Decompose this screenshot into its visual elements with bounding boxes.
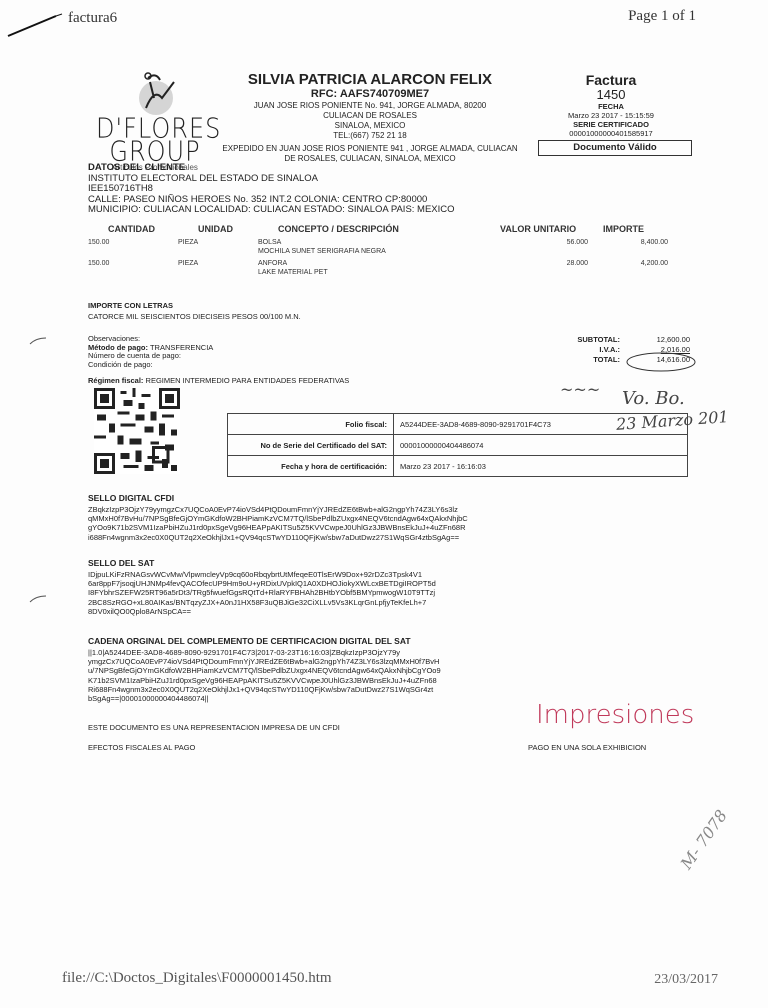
sello-sat-line: 8DV0xilQO0Qplo8ArNSpCA== bbox=[88, 607, 648, 616]
cell-concepto: BOLSA bbox=[258, 238, 281, 247]
serie-sat-label: No de Serie del Certificado del SAT: bbox=[228, 435, 394, 456]
regimen-fiscal: Régimen fiscal: REGIMEN INTERMEDIO PARA … bbox=[88, 376, 349, 385]
serie-label: SERIE CERTIFICADO bbox=[536, 120, 686, 129]
representacion-note: ESTE DOCUMENTO ES UNA REPRESENTACION IMP… bbox=[88, 723, 340, 732]
fecha-value: Marzo 23 2017 - 15:15:59 bbox=[536, 111, 686, 120]
cell-cantidad: 150.00 bbox=[88, 238, 109, 247]
issuer-address-3: SINALOA, MEXICO bbox=[210, 121, 530, 131]
cell-importe: 4,200.00 bbox=[608, 259, 668, 268]
observaciones-block: Observaciones: Método de pago: TRANSFERE… bbox=[88, 335, 213, 369]
issuer-name: SILVIA PATRICIA ALARCON FELIX bbox=[210, 72, 530, 88]
regimen-value: REGIMEN INTERMEDIO PARA ENTIDADES FEDERA… bbox=[146, 376, 350, 385]
efectos-note: EFECTOS FISCALES AL PAGO bbox=[88, 743, 195, 752]
expedido-en: EXPEDIDO EN JUAN JOSE RIOS PONIENTE 941 … bbox=[210, 144, 530, 164]
client-rfc: IEE150716TH8 bbox=[88, 184, 455, 195]
cadena-line: K71b2SVM1IzaPbiHZuJ1rd0pxSgeVg96HEAPpAKI… bbox=[88, 676, 648, 685]
cadena-line: Ri688Fn4wgnm3x2ec0X0QUT2q2XeOkhjlJx1+QV9… bbox=[88, 685, 648, 694]
col-cantidad: CANTIDAD bbox=[108, 224, 155, 234]
cadena-original-section: CADENA ORGINAL DEL COMPLEMENTO DE CERTIF… bbox=[88, 634, 648, 703]
margin-annotation: M- 7078 bbox=[677, 806, 731, 872]
col-concepto: CONCEPTO / DESCRIPCIÓN bbox=[278, 224, 399, 234]
importe-letras-value: CATORCE MIL SEISCIENTOS DIECISEIS PESOS … bbox=[88, 311, 301, 322]
sello-sat-line: 2BC8SzRGO+xL80AIKas/BNTqzyZJX+A0nJ1HX58F… bbox=[88, 598, 648, 607]
importe-letras: IMPORTE CON LETRAS CATORCE MIL SEISCIENT… bbox=[88, 300, 301, 322]
page-indicator: Page 1 of 1 bbox=[628, 8, 696, 25]
cell-valor-unitario: 56.000 bbox=[528, 238, 588, 247]
sello-sat-heading: SELLO DEL SAT bbox=[88, 556, 648, 570]
invoice-title: Factura bbox=[536, 72, 686, 88]
print-date: 23/03/2017 bbox=[654, 972, 718, 988]
logo-brand-line2: GROUP bbox=[96, 140, 214, 163]
cell-unidad: PIEZA bbox=[178, 259, 198, 268]
sello-sat-line: IDjpuLKiFzRNAGsvWCvMw/VlpwmcleyVp9cq60oR… bbox=[88, 570, 648, 579]
sello-cfdi-line: i688Fn4wgnm3x2ec0X0QUT2q2XeOkhjlJx1+QV94… bbox=[88, 533, 648, 542]
sello-sat-section: SELLO DEL SAT IDjpuLKiFzRNAGsvWCvMw/Vlpw… bbox=[88, 556, 648, 616]
date-annotation: 23 Marzo 201 bbox=[615, 407, 729, 434]
logo-brand: D'FLORES GROUP bbox=[96, 117, 214, 163]
col-unidad: UNIDAD bbox=[198, 224, 233, 234]
cell-unidad: PIEZA bbox=[178, 238, 198, 247]
importe-letras-heading: IMPORTE CON LETRAS bbox=[88, 300, 301, 311]
total-circle-annotation bbox=[625, 351, 697, 373]
cell-concepto: ANFORA bbox=[258, 259, 287, 268]
cadena-line: ymgzCx7UQCoA0EvP74ioVSd4PtQDoumFmnYjYJRE… bbox=[88, 657, 648, 666]
document-title: factura6 bbox=[68, 10, 117, 27]
cell-descripcion: LAKE MATERIAL PET bbox=[258, 268, 328, 277]
vobo-annotation: Vo. Bo. bbox=[622, 388, 685, 409]
signature-scribble: ~~~ bbox=[560, 380, 600, 399]
qr-code bbox=[94, 388, 180, 474]
condicion-pago-label: Condición de pago: bbox=[88, 361, 213, 370]
invoice-number: 1450 bbox=[536, 88, 686, 102]
client-municipio: MUNICIPIO: CULIACAN LOCALIDAD: CULIACAN … bbox=[88, 205, 455, 216]
client-block: DATOS DEL CLIENTE INSTITUTO ELECTORAL DE… bbox=[88, 163, 455, 216]
serie-sat-value: 00001000000404486074 bbox=[394, 435, 688, 456]
subtotal-value: 12,600.00 bbox=[630, 335, 690, 344]
col-valor-unitario: VALOR UNITARIO bbox=[500, 224, 576, 234]
sello-sat-line: I8FYbhrSZEFW25RT96a5rDt3/TRg5fwuefGgsRQt… bbox=[88, 588, 648, 597]
issuer-rfc: RFC: AAFS740709ME7 bbox=[210, 88, 530, 101]
document-status-badge: Documento Válido bbox=[538, 140, 692, 156]
iva-label: I.V.A.: bbox=[560, 345, 620, 354]
sello-cfdi-line: gYOo9K71b2SVM1IzaPbiHZuJ1rd0pxSgeVg96HEA… bbox=[88, 523, 648, 532]
issuer-address-1: JUAN JOSE RIOS PONIENTE No. 941, JORGE A… bbox=[210, 101, 530, 111]
total-label: TOTAL: bbox=[560, 355, 620, 364]
pen-stroke-mark bbox=[6, 10, 66, 40]
col-importe: IMPORTE bbox=[603, 224, 644, 234]
file-path: file://C:\Doctos_Digitales\F0000001450.h… bbox=[62, 970, 332, 987]
issuer-address-2: CULIACAN DE ROSALES bbox=[210, 111, 530, 121]
fecha-certificacion-value: Marzo 23 2017 - 16:16:03 bbox=[394, 456, 688, 477]
client-heading: DATOS DEL CLIENTE bbox=[88, 163, 455, 174]
margin-tick-mark bbox=[28, 594, 48, 604]
folio-fiscal-label: Folio fiscal: bbox=[228, 414, 394, 435]
cell-descripcion: MOCHILA SUNET SERIGRAFIA NEGRA bbox=[258, 247, 386, 256]
fecha-certificacion-label: Fecha y hora de certificación: bbox=[228, 456, 394, 477]
issuer-block: SILVIA PATRICIA ALARCON FELIX RFC: AAFS7… bbox=[210, 72, 530, 141]
serie-value: 00001000000401585917 bbox=[536, 129, 686, 138]
impresiones-annotation: Impresiones bbox=[536, 700, 694, 730]
cell-importe: 8,400.00 bbox=[608, 238, 668, 247]
sello-sat-line: 6ar8ppF7jsoqjUHJNMp4fevQACOfecUP9Hm9oU+y… bbox=[88, 579, 648, 588]
table-row: No de Serie del Certificado del SAT:0000… bbox=[228, 435, 688, 456]
cell-valor-unitario: 28.000 bbox=[528, 259, 588, 268]
regimen-label: Régimen fiscal: bbox=[88, 376, 143, 385]
sello-cfdi-section: SELLO DIGITAL CFDI ZBqkzIzpP3OjzY79yymgz… bbox=[88, 491, 648, 542]
dancer-logo-icon bbox=[126, 68, 186, 118]
pago-note: PAGO EN UNA SOLA EXHIBICION bbox=[528, 743, 646, 752]
cadena-original-heading: CADENA ORGINAL DEL COMPLEMENTO DE CERTIF… bbox=[88, 634, 648, 648]
sello-cfdi-heading: SELLO DIGITAL CFDI bbox=[88, 491, 648, 505]
sello-cfdi-line: ZBqkzIzpP3OjzY79yymgzCx7UQCoA0EvP74ioVSd… bbox=[88, 505, 648, 514]
margin-tick-mark bbox=[28, 336, 48, 346]
sello-cfdi-line: qMMxH0f7BvHu/7NPSgBfeGjOYmGKdfoW2BHPiamK… bbox=[88, 514, 648, 523]
cell-cantidad: 150.00 bbox=[88, 259, 109, 268]
fecha-label: FECHA bbox=[536, 102, 686, 111]
cadena-line: u/7NPSgBfeGjOYmGKdfoW2BHPiamKzVCM7TQ/lSb… bbox=[88, 666, 648, 675]
table-row: Fecha y hora de certificación:Marzo 23 2… bbox=[228, 456, 688, 477]
issuer-phone: TEL:(667) 752 21 18 bbox=[210, 131, 530, 141]
expedido-line-1: EXPEDIDO EN JUAN JOSE RIOS PONIENTE 941 … bbox=[210, 144, 530, 154]
subtotal-label: SUBTOTAL: bbox=[560, 335, 620, 344]
invoice-info: Factura 1450 FECHA Marzo 23 2017 - 15:15… bbox=[536, 72, 686, 138]
cadena-line: ||1.0|A5244DEE-3AD8-4689-8090-9291701F4C… bbox=[88, 648, 648, 657]
